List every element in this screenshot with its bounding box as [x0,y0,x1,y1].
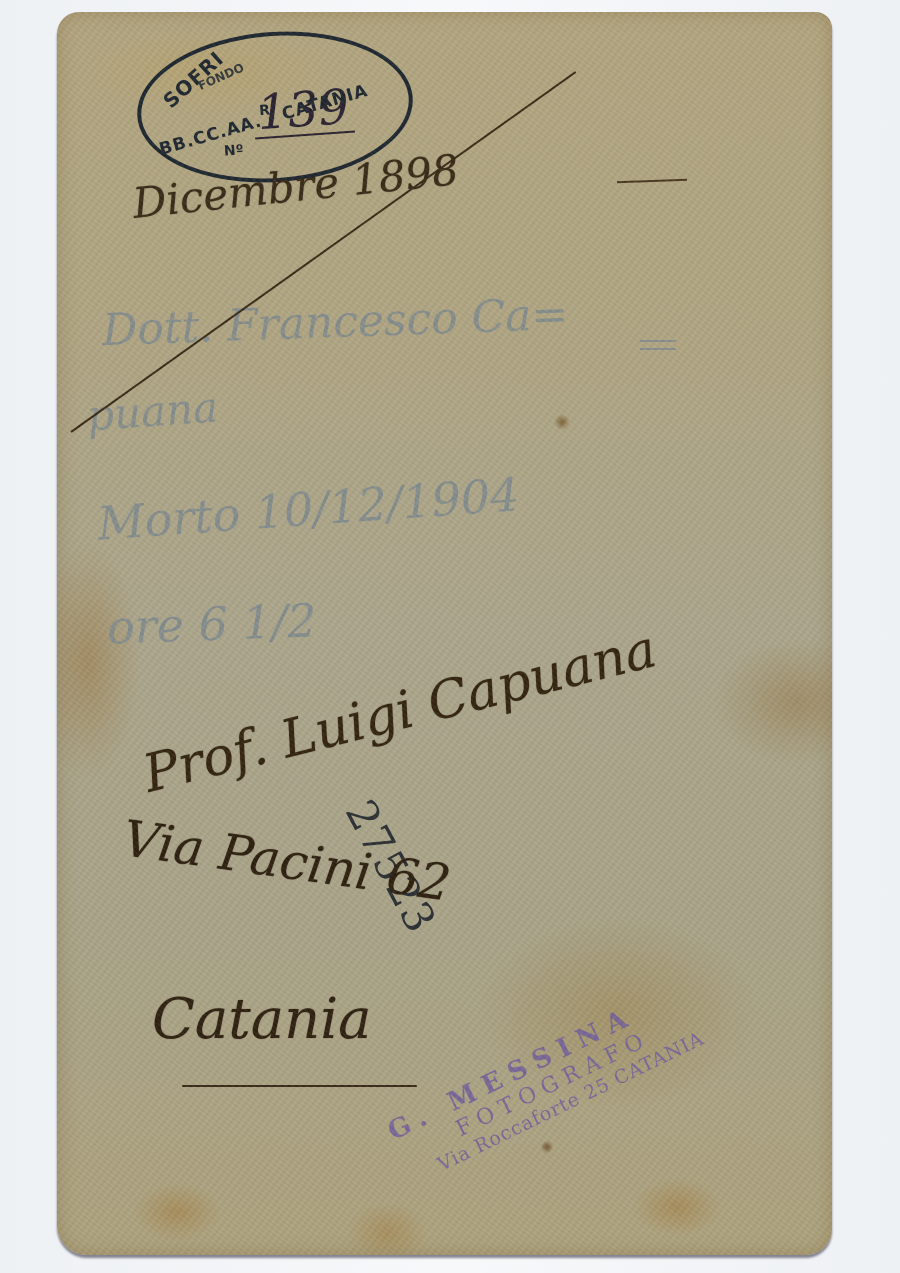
pencil-hyphen-mark [640,340,676,350]
city-underline [182,1085,417,1087]
photo-card-back: SOFRI FONDO R. Nº 139 BB.CC.AA. - CATANI… [57,12,832,1255]
pencil-line-4: ore 6 1/2 [106,593,317,654]
stamp-number-label: Nº [223,142,244,159]
date-dash [617,179,687,183]
inscription-city: Catania [152,987,372,1052]
inscription-address: Via Pacini 62 [120,809,455,912]
pencil-line-3: Morto 10/12/1904 [96,467,521,550]
photographer-stamp: G. MESSINA FOTOGRAFO Via Roccaforte 25 C… [383,978,707,1189]
pencil-line-2: puana [85,382,219,440]
pencil-line-1: Dott. Francesco Ca= [101,289,569,356]
